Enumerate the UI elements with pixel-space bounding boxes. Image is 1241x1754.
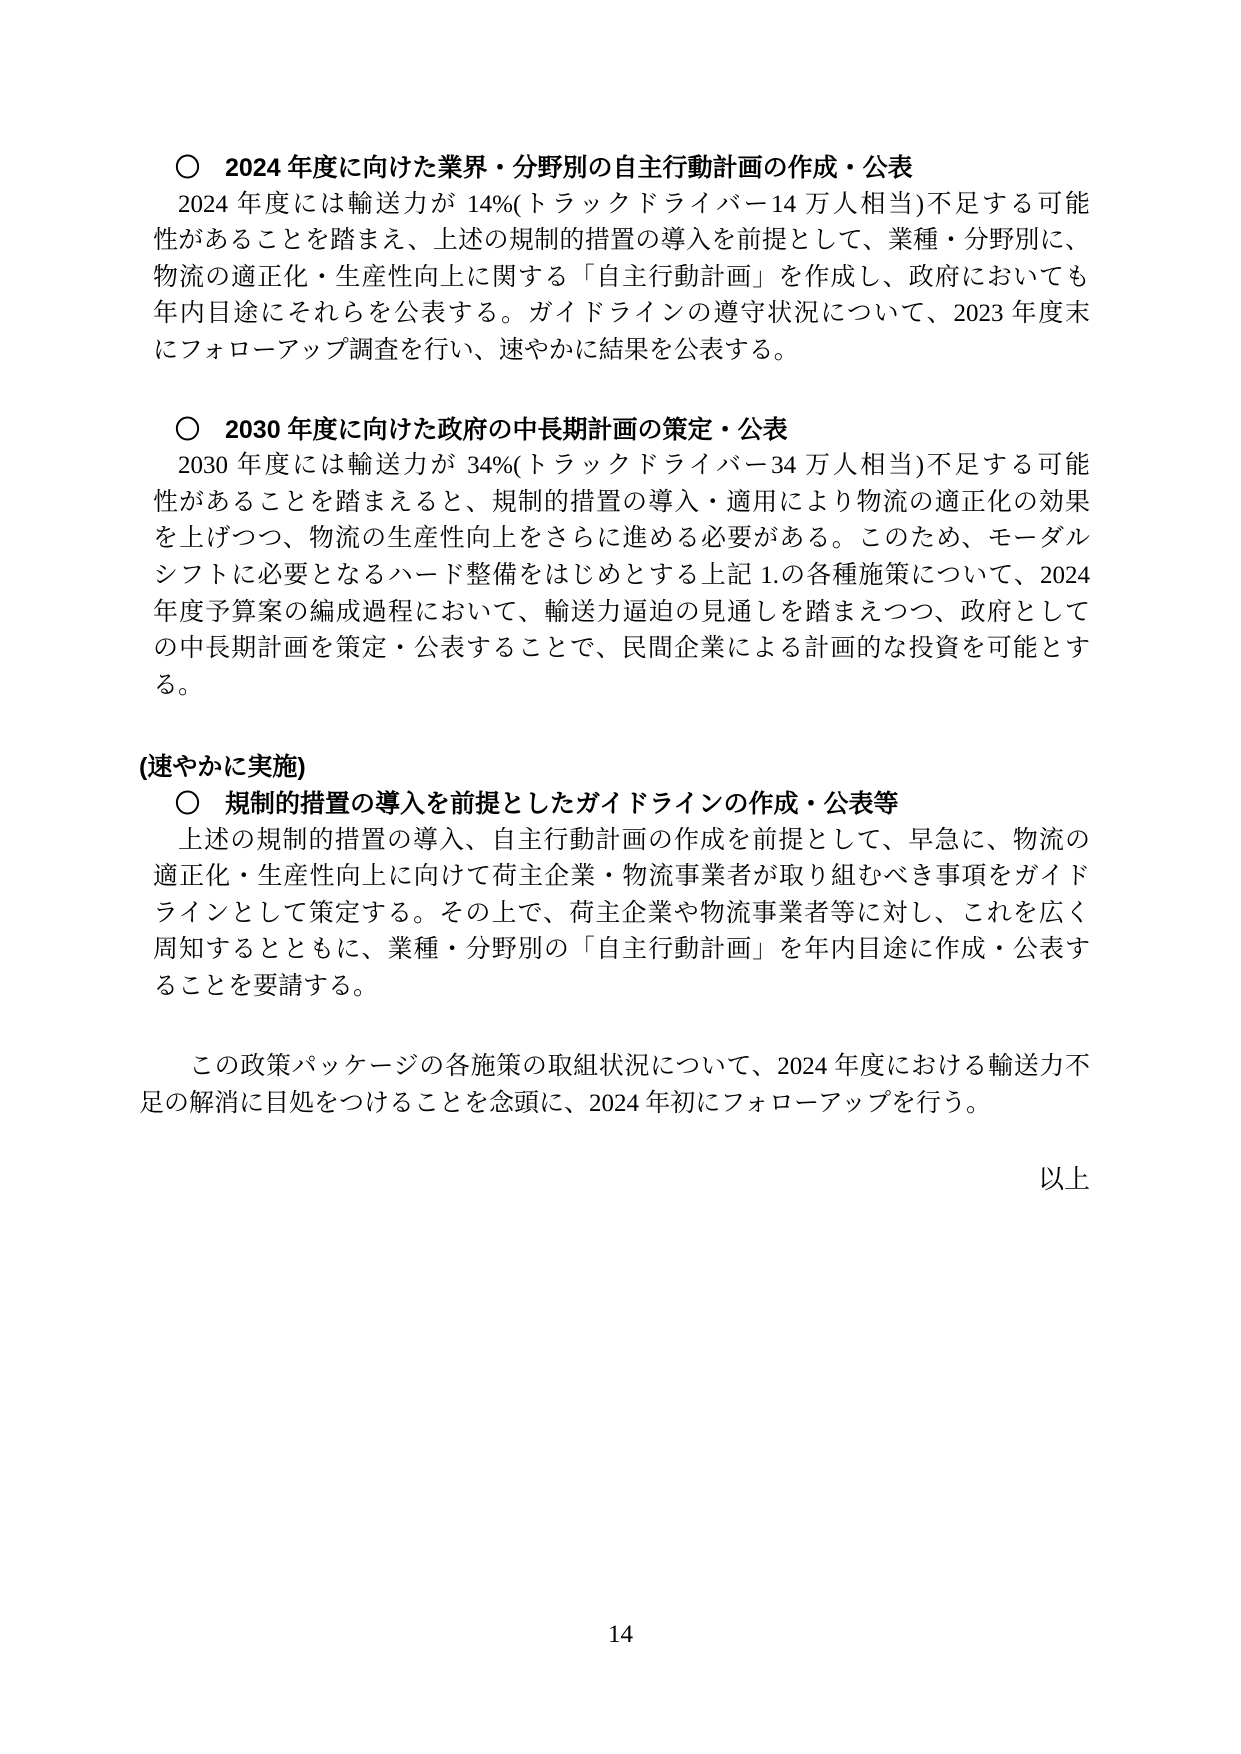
text-line: 周知するとともに、業種・分野別の「自主行動計画」を年内目途に作成・公表す xyxy=(153,932,1090,969)
text-line: 性があることを踏まえ、上述の規制的措置の導入を前提として、業種・分野別に、 xyxy=(153,223,1090,260)
section-heading-text: 2024 年度に向けた業界・分野別の自主行動計画の作成・公表 xyxy=(225,150,913,187)
section-heading-text: 2030 年度に向けた政府の中長期計画の策定・公表 xyxy=(225,412,788,449)
text-line: 物流の適正化・生産性向上に関する「自主行動計画」を作成し、政府においても xyxy=(153,260,1090,297)
page-number: 14 xyxy=(0,1617,1241,1654)
text-line: にフォローアップ調査を行い、速やかに結果を公表する。 xyxy=(153,333,1090,370)
circle-bullet-icon: 〇 xyxy=(175,412,225,449)
text-line: この政策パッケージの各施策の取組状況について、2024 年度における輸送力不 xyxy=(139,1049,1090,1086)
text-line: シフトに必要となるハード整備をはじめとする上記 1.の各種施策について、2024 xyxy=(153,558,1090,595)
document-page: 〇 2024 年度に向けた業界・分野別の自主行動計画の作成・公表 2024 年度… xyxy=(0,0,1241,1754)
text-line: 上述の規制的措置の導入、自主行動計画の作成を前提として、早急に、物流の xyxy=(153,823,1090,860)
text-line: 2030 年度には輸送力が 34%(トラックドライバー34 万人相当)不足する可… xyxy=(153,448,1090,485)
timing-marker: (速やかに実施) xyxy=(139,749,1241,786)
text-line: ラインとして策定する。その上で、荷主企業や物流事業者等に対し、これを広く xyxy=(153,896,1090,933)
text-line: ることを要請する。 xyxy=(153,969,1090,1006)
text-line: 年度予算案の編成過程において、輸送力逼迫の見通しを踏まえつつ、政府として xyxy=(153,595,1090,632)
closing-text: 以上 xyxy=(139,1162,1090,1199)
text-line: 足の解消に目処をつけることを念頭に、2024 年初にフォローアップを行う。 xyxy=(139,1086,1090,1123)
text-line: 年内目途にそれらを公表する。ガイドラインの遵守状況について、2023 年度末 xyxy=(153,296,1090,333)
section-heading: 〇 2030 年度に向けた政府の中長期計画の策定・公表 xyxy=(175,412,1241,449)
text-line: の中長期計画を策定・公表することで、民間企業による計画的な投資を可能とす xyxy=(153,631,1090,668)
section-paragraph: 2030 年度には輸送力が 34%(トラックドライバー34 万人相当)不足する可… xyxy=(153,448,1090,704)
text-line: る。 xyxy=(153,668,1090,705)
section-heading: 〇 2024 年度に向けた業界・分野別の自主行動計画の作成・公表 xyxy=(175,150,1241,187)
section-2024-action-plan: 〇 2024 年度に向けた業界・分野別の自主行動計画の作成・公表 2024 年度… xyxy=(139,150,1241,370)
section-paragraph: 2024 年度には輸送力が 14%(トラックドライバー14 万人相当)不足する可… xyxy=(153,187,1090,370)
closing-paragraph: この政策パッケージの各施策の取組状況について、2024 年度における輸送力不足の… xyxy=(139,1049,1090,1122)
circle-bullet-icon: 〇 xyxy=(175,150,225,187)
text-line: を上げつつ、物流の生産性向上をさらに進める必要がある。このため、モーダル xyxy=(153,521,1090,558)
section-2030-midterm-plan: 〇 2030 年度に向けた政府の中長期計画の策定・公表 2030 年度には輸送力… xyxy=(139,412,1241,705)
section-guideline: 〇 規制的措置の導入を前提としたガイドラインの作成・公表等 上述の規制的措置の導… xyxy=(139,786,1241,1006)
section-paragraph: 上述の規制的措置の導入、自主行動計画の作成を前提として、早急に、物流の適正化・生… xyxy=(153,823,1090,1006)
text-line: 性があることを踏まえると、規制的措置の導入・適用により物流の適正化の効果 xyxy=(153,485,1090,522)
section-heading: 〇 規制的措置の導入を前提としたガイドラインの作成・公表等 xyxy=(175,786,1241,823)
section-heading-text: 規制的措置の導入を前提としたガイドラインの作成・公表等 xyxy=(225,786,899,823)
circle-bullet-icon: 〇 xyxy=(175,786,225,823)
text-line: 適正化・生産性向上に向けて荷主企業・物流事業者が取り組むべき事項をガイド xyxy=(153,859,1090,896)
text-line: 2024 年度には輸送力が 14%(トラックドライバー14 万人相当)不足する可… xyxy=(153,187,1090,224)
